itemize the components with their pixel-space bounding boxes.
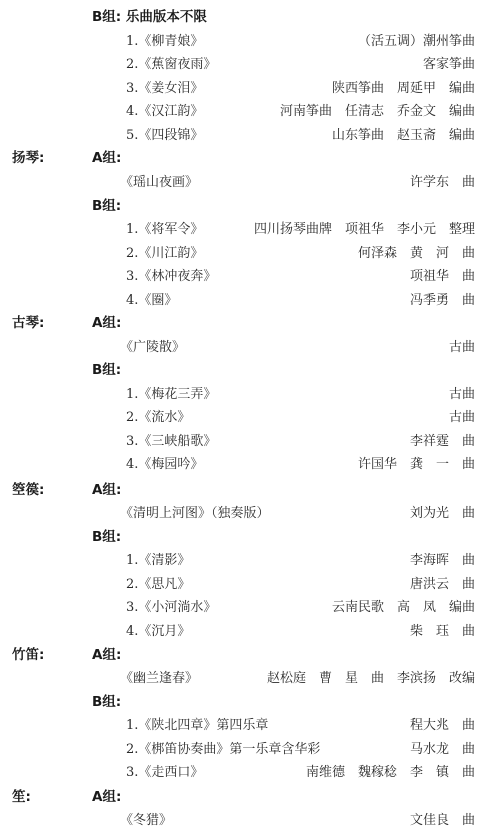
instrument-row: 古琴: A组: — [0, 312, 491, 335]
list-item: 3.《走西口》 南维德 魏稼稔 李 镇 曲 — [0, 761, 491, 784]
list-item: 4.《沉月》 柴 珏 曲 — [0, 620, 491, 643]
list-item: 《清明上河图》（独奏版） 刘为光 曲 — [0, 502, 491, 525]
instrument-label: 扬琴: — [12, 147, 44, 170]
piece-title: 《瑶山夜画》 — [120, 171, 198, 194]
list-item: 《幽兰逢春》 赵松庭 曹 星 曲 李滨扬 改编 — [0, 667, 491, 690]
piece-title: 1.《将军令》 — [126, 218, 203, 241]
b-group-label: B组: — [92, 195, 121, 218]
list-item: 1.《柳青娘》 （活五调）潮州筝曲 — [0, 30, 491, 53]
piece-title: 4.《圈》 — [126, 289, 177, 312]
b-group-label: B组: — [92, 691, 121, 714]
group-header-row: B组: — [0, 359, 491, 382]
piece-credit: 文佳良 曲 — [410, 809, 475, 832]
piece-title: 《广陵散》 — [120, 336, 185, 359]
piece-credit: 南维德 魏稼稔 李 镇 曲 — [306, 761, 475, 784]
piece-credit: 四川扬琴曲牌 项祖华 李小元 整理 — [254, 218, 475, 241]
piece-title: 3.《姜女泪》 — [126, 77, 203, 100]
instrument-label: 箜篌: — [12, 479, 44, 502]
list-item: 《冬猎》 文佳良 曲 — [0, 809, 491, 832]
instrument-row: 箜篌: A组: — [0, 479, 491, 502]
list-item: 3.《林冲夜奔》 项祖华 曲 — [0, 265, 491, 288]
piece-title: 2.《川江韵》 — [126, 242, 203, 265]
list-item: 1.《陕北四章》第四乐章 程大兆 曲 — [0, 714, 491, 737]
a-group-label: A组: — [92, 312, 121, 335]
piece-title: 2.《思凡》 — [126, 573, 190, 596]
list-item: 2.《蕉窗夜雨》 客家筝曲 — [0, 53, 491, 76]
list-item: 1.《梅花三弄》 古曲 — [0, 383, 491, 406]
piece-credit: 赵松庭 曹 星 曲 李滨扬 改编 — [267, 667, 475, 690]
piece-credit: 古曲 — [449, 406, 475, 429]
piece-title: 《清明上河图》（独奏版） — [120, 502, 270, 525]
a-group-label: A组: — [92, 147, 121, 170]
piece-title: 4.《汉江韵》 — [126, 100, 203, 123]
piece-title: 4.《沉月》 — [126, 620, 190, 643]
instrument-label: 古琴: — [12, 312, 44, 335]
piece-credit: （活五调）潮州筝曲 — [358, 30, 475, 53]
piece-credit: 刘为光 曲 — [410, 502, 475, 525]
list-item: 3.《三峡船歌》 李祥霆 曲 — [0, 430, 491, 453]
list-item: 4.《圈》 冯季勇 曲 — [0, 289, 491, 312]
a-group-label: A组: — [92, 644, 121, 667]
list-item: 4.《梅园吟》 许国华 龚 一 曲 — [0, 453, 491, 476]
piece-credit: 何泽森 黄 河 曲 — [358, 242, 475, 265]
piece-title: 3.《走西口》 — [126, 761, 203, 784]
b-group-label: B组: — [92, 526, 121, 549]
piece-title: 3.《小河淌水》 — [126, 596, 216, 619]
piece-credit: 柴 珏 曲 — [410, 620, 475, 643]
piece-credit: 程大兆 曲 — [410, 714, 475, 737]
instrument-row: 扬琴: A组: — [0, 147, 491, 170]
b-group-label: B组: 乐曲版本不限 — [92, 6, 207, 29]
piece-credit: 马水龙 曲 — [410, 738, 475, 761]
piece-title: 3.《三峡船歌》 — [126, 430, 216, 453]
group-header-row: B组: — [0, 195, 491, 218]
piece-credit: 古曲 — [449, 336, 475, 359]
a-group-label: A组: — [92, 786, 121, 809]
list-item: 4.《汉江韵》 河南筝曲 任清志 乔金文 编曲 — [0, 100, 491, 123]
piece-title: 1.《柳青娘》 — [126, 30, 203, 53]
instrument-row: 笙: A组: — [0, 786, 491, 809]
piece-credit: 云南民歌 高 凤 编曲 — [332, 596, 475, 619]
instrument-row: 竹笛: A组: — [0, 644, 491, 667]
piece-title: 2.《流水》 — [126, 406, 190, 429]
list-item: 1.《将军令》 四川扬琴曲牌 项祖华 李小元 整理 — [0, 218, 491, 241]
instrument-label: 笙: — [12, 786, 31, 809]
piece-credit: 河南筝曲 任清志 乔金文 编曲 — [280, 100, 475, 123]
list-item: 2.《思凡》 唐洪云 曲 — [0, 573, 491, 596]
list-item: 3.《小河淌水》 云南民歌 高 凤 编曲 — [0, 596, 491, 619]
list-item: 5.《四段锦》 山东筝曲 赵玉斋 编曲 — [0, 124, 491, 147]
list-item: 2.《流水》 古曲 — [0, 406, 491, 429]
piece-credit: 唐洪云 曲 — [410, 573, 475, 596]
a-group-label: A组: — [92, 479, 121, 502]
piece-title: 《幽兰逢春》 — [120, 667, 198, 690]
piece-credit: 李海晖 曲 — [410, 549, 475, 572]
piece-credit: 冯季勇 曲 — [410, 289, 475, 312]
list-item: 3.《姜女泪》 陕西筝曲 周延甲 编曲 — [0, 77, 491, 100]
piece-title: 1.《梅花三弄》 — [126, 383, 216, 406]
piece-title: 3.《林冲夜奔》 — [126, 265, 216, 288]
piece-credit: 李祥霆 曲 — [410, 430, 475, 453]
piece-title: 1.《清影》 — [126, 549, 190, 572]
piece-credit: 客家筝曲 — [423, 53, 475, 76]
list-item: 《广陵散》 古曲 — [0, 336, 491, 359]
piece-credit: 陕西筝曲 周延甲 编曲 — [332, 77, 475, 100]
piece-credit: 项祖华 曲 — [410, 265, 475, 288]
b-group-label: B组: — [92, 359, 121, 382]
instrument-label: 竹笛: — [12, 644, 44, 667]
group-header-row: B组: 乐曲版本不限 — [0, 6, 491, 29]
piece-title: 2.《梆笛协奏曲》第一乐章含华彩 — [126, 738, 320, 761]
piece-credit: 许国华 龚 一 曲 — [358, 453, 475, 476]
list-item: 2.《川江韵》 何泽森 黄 河 曲 — [0, 242, 491, 265]
piece-credit: 山东筝曲 赵玉斋 编曲 — [332, 124, 475, 147]
group-header-row: B组: — [0, 526, 491, 549]
piece-title: 5.《四段锦》 — [126, 124, 203, 147]
piece-title: 《冬猎》 — [120, 809, 172, 832]
piece-title: 4.《梅园吟》 — [126, 453, 203, 476]
piece-credit: 古曲 — [449, 383, 475, 406]
group-header-row: B组: — [0, 691, 491, 714]
piece-title: 1.《陕北四章》第四乐章 — [126, 714, 268, 737]
list-item: 《瑶山夜画》 许学东 曲 — [0, 171, 491, 194]
list-item: 2.《梆笛协奏曲》第一乐章含华彩 马水龙 曲 — [0, 738, 491, 761]
piece-title: 2.《蕉窗夜雨》 — [126, 53, 216, 76]
piece-credit: 许学东 曲 — [410, 171, 475, 194]
list-item: 1.《清影》 李海晖 曲 — [0, 549, 491, 572]
